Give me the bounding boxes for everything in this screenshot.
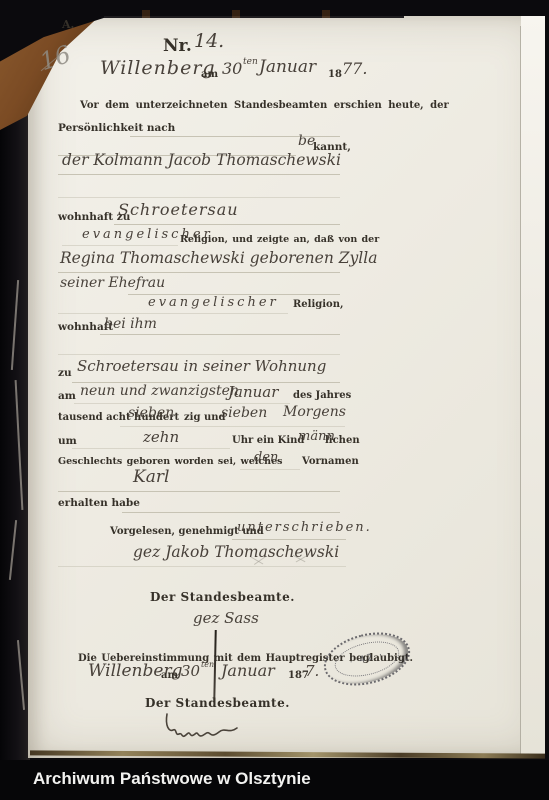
registration-day: 30 xyxy=(222,59,242,78)
form-text-des-jahres: des Jahres xyxy=(293,390,351,401)
registrar-title-1: Der Standesbeamte. xyxy=(150,590,295,604)
form-text-zig-und: zig und xyxy=(184,412,225,423)
form-text-am: am xyxy=(58,390,76,402)
form-text-persoenlichkeit: Persönlichkeit nach xyxy=(58,122,175,134)
birth-day: neun und zwanzigsten xyxy=(80,383,239,399)
form-rule xyxy=(114,224,340,225)
birth-year-part1: sieben xyxy=(128,405,174,421)
birth-place: Schroetersau in seiner Wohnung xyxy=(77,357,326,375)
mother-residence: bei ihm xyxy=(104,316,157,332)
form-text-lichen: lichen xyxy=(325,435,360,446)
year-printed: 18 xyxy=(328,69,342,80)
form-rule xyxy=(58,197,340,198)
form-rule xyxy=(58,566,346,567)
form-rule xyxy=(122,512,340,513)
certification-day-suffix: ten xyxy=(201,660,214,669)
caption-bar: Archiwum Państwowe w Olsztynie xyxy=(0,760,549,800)
unterschrieben-handwritten: unterschrieben. xyxy=(237,520,372,535)
year-written: 77. xyxy=(342,59,367,78)
form-rule xyxy=(240,469,300,470)
record-number-value: 14. xyxy=(194,30,224,52)
form-rule xyxy=(58,174,340,175)
registrar-signature-flourish xyxy=(163,706,263,742)
archive-stamp-number: · 42 · xyxy=(331,635,403,682)
form-text-zu: zu xyxy=(58,367,72,379)
form-text-religion2: Religion, xyxy=(293,299,343,310)
declarant-signature: gez Jakob Thomaschewski xyxy=(133,543,339,561)
registration-day-suffix: ten xyxy=(243,57,258,67)
certification-day: 30 xyxy=(181,662,200,680)
form-text-uhr-ein-kind: Uhr ein Kind xyxy=(232,435,304,446)
form-rule xyxy=(74,403,290,404)
declarant-name: der Kolmann Jacob Thomaschewski xyxy=(62,151,341,169)
form-text-erhalten-habe: erhalten habe xyxy=(58,497,140,509)
form-text-geschlechts: Geschlechts geboren worden sei, welches xyxy=(58,456,282,467)
cover-damage-specks xyxy=(104,10,404,18)
birth-hour: zehn xyxy=(143,428,179,446)
page-crease xyxy=(520,26,521,754)
next-page-edge xyxy=(521,14,545,758)
registrar-signature: gez Sass xyxy=(193,609,259,627)
record-number-label: Nr. xyxy=(163,36,192,56)
registration-place: Willenberg xyxy=(100,57,216,79)
page-letter: A. xyxy=(62,18,74,31)
form-rule xyxy=(72,448,230,449)
mother-relation: seiner Ehefrau xyxy=(60,275,165,291)
declarant-residence: Schroetersau xyxy=(118,200,239,219)
archival-photo: A. 16 Nr. 14. Willenberg am 30 ten Janua… xyxy=(0,0,549,800)
form-text-um: um xyxy=(58,435,77,447)
mother-religion: evangelischer xyxy=(148,295,279,310)
archive-caption: Archiwum Państwowe w Olsztynie xyxy=(33,769,311,789)
form-text-vornamen: Vornamen xyxy=(302,456,359,467)
certification-month: Januar xyxy=(221,661,275,680)
form-text-appeared: Vor dem unterzeichneten Standesbeamten e… xyxy=(80,100,449,111)
birth-year-part2: sieben xyxy=(221,405,267,421)
form-rule xyxy=(58,313,288,314)
time-of-day: Morgens xyxy=(283,404,346,420)
certification-am: am xyxy=(161,670,178,681)
form-rule xyxy=(62,245,178,246)
form-rule xyxy=(100,334,340,335)
mother-name: Regina Thomaschewski geborenen Zylla xyxy=(60,249,377,267)
registration-month: Januar xyxy=(259,57,316,77)
form-rule xyxy=(58,354,340,355)
form-rule xyxy=(232,539,346,540)
form-rule xyxy=(120,426,345,427)
form-rule xyxy=(58,491,340,492)
den-handwritten: den xyxy=(254,450,278,465)
child-name: Karl xyxy=(133,467,169,487)
birth-month: Januar xyxy=(228,383,278,401)
certification-year-written: 7. xyxy=(305,662,319,680)
form-rule xyxy=(58,272,340,273)
form-text-religion-anzeige: Religion, und zeigte an, daß von der xyxy=(180,234,379,245)
am-label: am xyxy=(201,69,218,80)
